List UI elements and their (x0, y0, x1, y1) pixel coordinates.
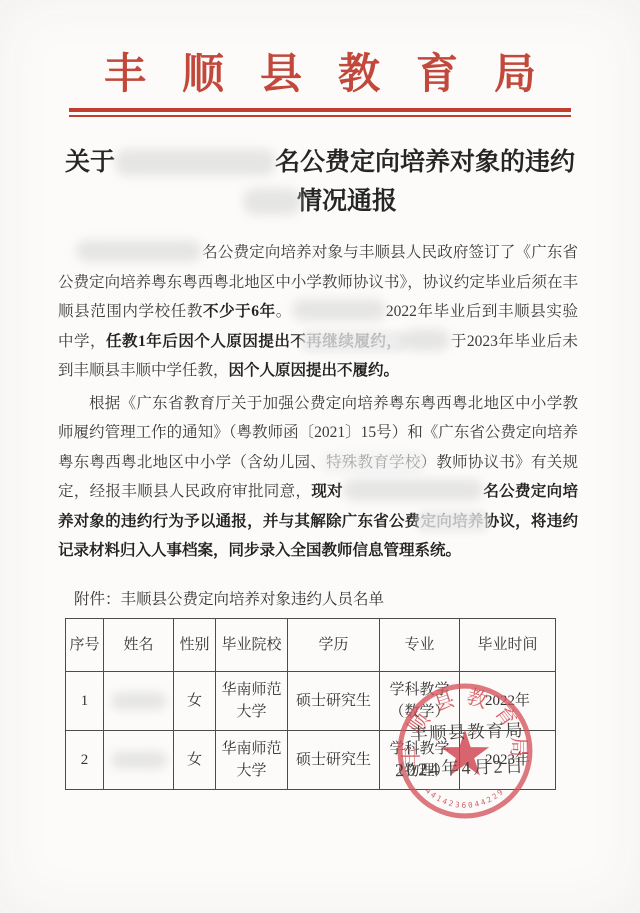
document-page: 丰顺县教育局 关于名公费定向培养对象的违约 情况通报 名公费定向培养对象与丰顺县… (0, 0, 640, 913)
redacted-names-blob (76, 240, 202, 262)
emphasis-text-smudged: 定向培养 (421, 513, 484, 530)
cell-name (104, 671, 174, 730)
letterhead: 丰顺县教育局 (0, 0, 640, 117)
redacted-name-blob (111, 751, 167, 769)
title-text-line2: 情况通报 (297, 188, 397, 215)
emphasis-text-smudged: 再继续履约， (306, 333, 402, 350)
emphasis-text: 对象的违约行为予以通报，并与其解除广东省公费 (74, 513, 421, 530)
double-rule (69, 108, 571, 117)
rule-thin (69, 115, 571, 117)
seal-date-text: 2024年4月2日 (395, 752, 526, 783)
text-segment-smudged: 特殊教育学校 (326, 454, 421, 471)
org-name: 丰顺县教育局 (0, 50, 640, 100)
paragraph-1: 名公费定向培养对象与丰顺县人民政府签订了《广东省公费定向培养粤东粤西粤北地区中小… (58, 238, 578, 386)
redacted-name-blob (111, 692, 167, 710)
cell-degree: 硕士研究生 (288, 730, 380, 789)
official-seal: 丰顺县教育局 4414236044229 丰顺县教育局 2024年4月2日 (394, 680, 536, 822)
seal-svg: 丰顺县教育局 4414236044229 (394, 680, 536, 822)
emphasis-text: 现对 (311, 483, 343, 500)
title-text-pre: 关于 (65, 149, 115, 176)
redacted-names-blob (115, 149, 275, 176)
header-cell-school: 毕业院校 (216, 618, 288, 671)
cell-no: 1 (66, 671, 104, 730)
doc-title-line-2: 情况通报 (0, 182, 640, 221)
redacted-name-blob (402, 329, 450, 351)
rule-thick (69, 108, 571, 112)
attachment-line: 附件：丰顺县公费定向培养对象违约人员名单 (74, 587, 640, 609)
doc-title: 关于名公费定向培养对象的违约 情况通报 (0, 143, 640, 221)
cell-no: 2 (66, 730, 104, 789)
header-cell-name: 姓名 (104, 618, 174, 671)
document-body: 名公费定向培养对象与丰顺县人民政府签订了《广东省公费定向培养粤东粤西粤北地区中小… (58, 238, 578, 566)
header-cell-gender: 性别 (174, 618, 216, 671)
cell-school: 华南师范大学 (216, 671, 288, 730)
emphasis-text: 不少于6年 (203, 303, 276, 320)
cell-gender: 女 (174, 730, 216, 789)
emphasis-text: 因个人原因提出不履约。 (229, 362, 400, 379)
redacted-name-blob (292, 299, 386, 321)
emphasis-text: 任教1年后因个人原因提出不 (106, 333, 306, 350)
redacted-blob (243, 188, 301, 215)
header-cell-degree: 学历 (288, 618, 380, 671)
header-cell-gradyear: 毕业时间 (460, 618, 556, 671)
cell-name (104, 730, 174, 789)
table-header-row: 序号 姓名 性别 毕业院校 学历 专业 毕业时间 (66, 618, 556, 671)
cell-school: 华南师范大学 (216, 730, 288, 789)
header-cell-no: 序号 (66, 618, 104, 671)
cell-gender: 女 (174, 671, 216, 730)
paragraph-2: 根据《广东省教育厅关于加强公费定向培养粤东粤西粤北地区中小学教师履约管理工作的通… (58, 389, 578, 566)
title-text-post: 名公费定向培养对象的违约 (275, 149, 575, 176)
header-cell-major: 专业 (380, 618, 460, 671)
cell-degree: 硕士研究生 (288, 671, 380, 730)
text-segment: 。 (276, 303, 292, 320)
seal-issuer-text: 丰顺县教育局 (410, 717, 525, 746)
redacted-names-blob (343, 479, 483, 501)
doc-title-line-1: 关于名公费定向培养对象的违约 (0, 143, 640, 182)
